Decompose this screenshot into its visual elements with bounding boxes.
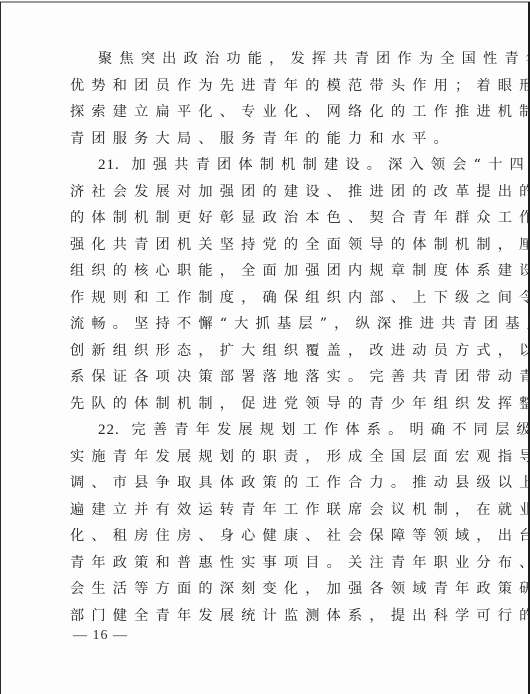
- section-21-heading: 加强共青团体制机制建设。: [131, 157, 388, 173]
- paragraph-1-line: 优势和团员作为先进青年的模范带头作用；着眼形成社会功能，: [70, 76, 470, 96]
- section-21-line: 济社会发展对加强团的建设、推进团的改革提出的新要求，使团: [70, 182, 470, 202]
- section-21-line: 先队的体制机制，促进党领导的青少年组织发挥整体合力。: [70, 394, 470, 414]
- section-22-line: 遍建立并有效运转青年工作联席会议机制，在就业创业、教育文: [70, 500, 470, 520]
- page-border-top: [0, 1, 530, 3]
- page-border-left: [0, 2, 1, 694]
- section-21-first-line-text: 深入领会“十四五”时期经: [388, 157, 530, 173]
- section-21-line: 创新组织形态，扩大组织覆盖，改进动员方式，以健全的组织体: [70, 341, 470, 361]
- section-21-line: 强化共青团机关坚持党的全面领导的体制机制，厘清不同层级团: [70, 235, 470, 255]
- section-21-number: 21.: [98, 157, 120, 173]
- section-22-line: 化、租房住房、身心健康、社会保障等领域，出台更多的标志性: [70, 526, 470, 546]
- document-page: 聚焦突出政治功能，发挥共青团作为全国性青年组织的体系 优势和团员作为先进青年的模…: [0, 0, 530, 694]
- section-22-line: 实施青年发展规划的职责，形成全国层面宏观指导、省级组织协: [70, 447, 470, 467]
- section-21-line: 作规则和工作制度，确保组织内部、上下级之间令行禁止、运转: [70, 288, 470, 308]
- section-21-line: 流畅。坚持不懈“大抓基层”，纵深推进共青团基层组织改革，: [70, 314, 470, 334]
- paragraph-1-line: 青团服务大局、服务青年的能力和水平。: [70, 129, 470, 149]
- section-21-line: 系保证各项决策部署落地落实。完善共青团带动青联、学联、少: [70, 367, 470, 387]
- section-22-heading: 完善青年发展规划工作体系。: [131, 422, 409, 438]
- paragraph-1-line: 探索建立扁平化、专业化、网络化的工作推进机制，不断提升共: [70, 102, 470, 122]
- section-22-line: 青年政策和普惠性实事项目。关注青年职业分布、地域流动、社: [70, 553, 470, 573]
- page-number: — 16 —: [73, 628, 128, 644]
- section-22-first-line: 22. 完善青年发展规划工作体系。明确不同层级团组织推动: [98, 420, 498, 440]
- section-22-number: 22.: [98, 422, 120, 438]
- section-22-line: 部门健全青年发展统计监测体系，提出科学可行的政策建议。强: [70, 606, 470, 626]
- section-22-first-line-text: 明确不同层级团组织推动: [410, 422, 530, 438]
- section-22-line: 调、市县争取具体政策的工作合力。推动县级以上党委和政府普: [70, 473, 470, 493]
- section-21-line: 的体制机制更好彰显政治本色、契合青年群众工作特点。进一步: [70, 208, 470, 228]
- section-21-first-line: 21. 加强共青团体制机制建设。深入领会“十四五”时期经: [98, 155, 498, 175]
- section-21-line: 组织的核心职能，全面加强团内规章制度体系建设，完善基本工: [70, 261, 470, 281]
- section-22-line: 会生活等方面的深刻变化，加强各领域青年政策研究，会同统计: [70, 579, 470, 599]
- paragraph-1-line: 聚焦突出政治功能，发挥共青团作为全国性青年组织的体系: [98, 49, 498, 69]
